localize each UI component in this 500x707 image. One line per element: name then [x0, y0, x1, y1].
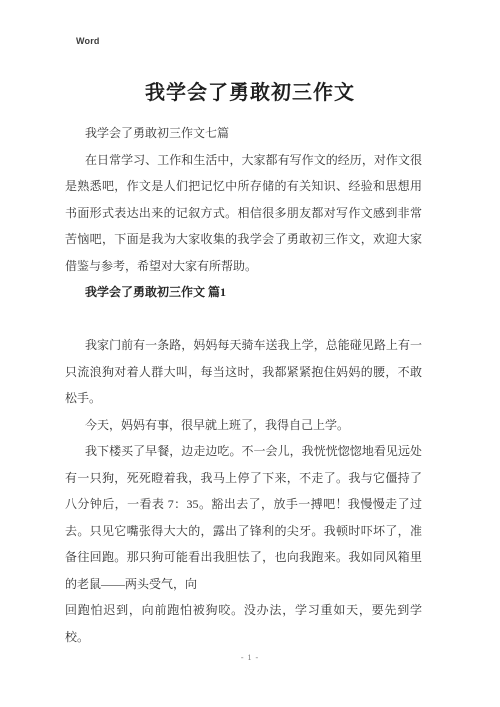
paragraph: 回跑怕迟到，向前跑怕被狗咬。没办法，学习重如天，要先到学校。 — [65, 597, 422, 650]
page-number: - 1 - — [0, 653, 500, 662]
paragraph: 我家门前有一条路，妈妈每天骑车送我上学，总能碰见路上有一只流浪狗对着人群大叫，每… — [65, 332, 422, 412]
section-heading: 我学会了勇敢初三作文 篇1 — [65, 279, 422, 306]
document-page: Word 我学会了勇敢初三作文 我学会了勇敢初三作文七篇在日常学习、工作和生活中… — [0, 0, 500, 707]
word-app-label: Word — [76, 36, 100, 46]
paragraph: 我下楼买了早餐，边走边吃。不一会儿，我恍恍惚惚地看见远处有一只狗，死死瞪着我，我… — [65, 438, 422, 597]
paragraph: 在日常学习、工作和生活中，大家都有写作文的经历，对作文很是熟悉吧，作文是人们把记… — [65, 147, 422, 280]
document-title: 我学会了勇敢初三作文 — [0, 76, 500, 105]
paragraph: 今天，妈妈有事，很早就上班了，我得自己上学。 — [65, 412, 422, 439]
document-body: 我学会了勇敢初三作文七篇在日常学习、工作和生活中，大家都有写作文的经历，对作文很… — [65, 120, 422, 650]
paragraph: 我学会了勇敢初三作文七篇 — [65, 120, 422, 147]
